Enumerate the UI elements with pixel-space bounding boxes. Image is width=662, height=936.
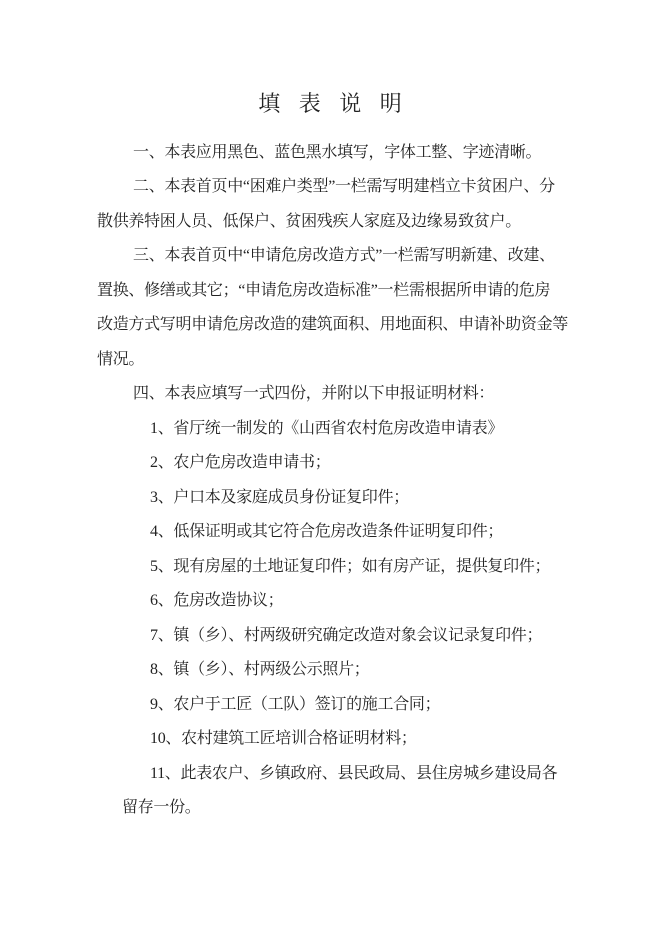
document-page: 填 表 说 明 一、本表应用黑色、蓝色黑水填写，字体工整、字迹清晰。二、本表首页… <box>0 0 662 936</box>
text-line: 1、省厅统一制发的《山西省农村危房改造申请表》 <box>0 409 662 444</box>
text-line: 散供养特困人员、低保户、贫困残疾人家庭及边缘易致贫户。 <box>0 202 662 237</box>
text-line: 9、农户于工匠（工队）签订的施工合同； <box>0 685 662 720</box>
text-line: 7、镇（乡）、村两级研究确定改造对象会议记录复印件； <box>0 616 662 651</box>
text-line: 改造方式写明申请危房改造的建筑面积、用地面积、申请补助资金等 <box>0 306 662 341</box>
text-line: 11、此表农户、乡镇政府、县民政局、县住房城乡建设局各 <box>0 754 662 789</box>
text-line: 留存一份。 <box>0 789 662 824</box>
text-line: 6、危房改造协议； <box>0 582 662 617</box>
text-line: 四、本表应填写一式四份，并附以下申报证明材料： <box>0 375 662 410</box>
document-body: 一、本表应用黑色、蓝色黑水填写，字体工整、字迹清晰。二、本表首页中“困难户类型”… <box>0 133 662 823</box>
text-line: 一、本表应用黑色、蓝色黑水填写，字体工整、字迹清晰。 <box>0 133 662 168</box>
text-line: 置换、修缮或其它；“申请危房改造标准”一栏需根据所申请的危房 <box>0 271 662 306</box>
text-line: 4、低保证明或其它符合危房改造条件证明复印件； <box>0 513 662 548</box>
document-title: 填 表 说 明 <box>0 88 662 120</box>
text-line: 3、户口本及家庭成员身份证复印件； <box>0 478 662 513</box>
text-line: 2、农户危房改造申请书； <box>0 444 662 479</box>
text-line: 三、本表首页中“申请危房改造方式”一栏需写明新建、改建、 <box>0 237 662 272</box>
text-line: 8、镇（乡）、村两级公示照片； <box>0 651 662 686</box>
text-line: 10、农村建筑工匠培训合格证明材料； <box>0 720 662 755</box>
text-line: 二、本表首页中“困难户类型”一栏需写明建档立卡贫困户、分 <box>0 168 662 203</box>
text-line: 5、现有房屋的土地证复印件；如有房产证，提供复印件； <box>0 547 662 582</box>
text-line: 情况。 <box>0 340 662 375</box>
